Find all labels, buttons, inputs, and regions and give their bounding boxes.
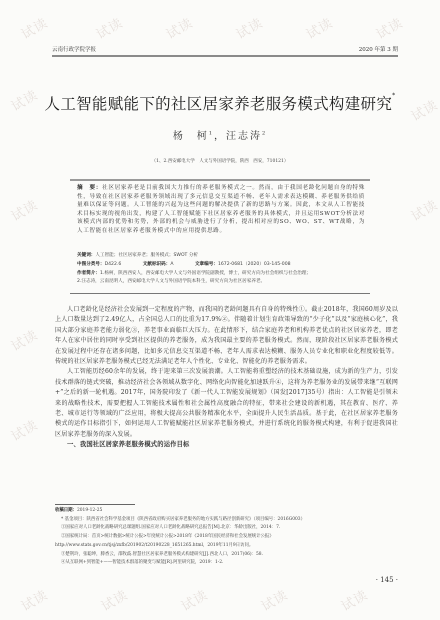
footnotes: 收稿日期：2019-12-25 * 基金项目：陕西省社会科学基金项目《陕西省政府… xyxy=(55,507,398,568)
received-date: 2019-12-25 xyxy=(77,508,102,513)
footnote-1: ①国家应对人口老龄化战略研究总课题组.国家应对人口老龄化战略研究总报告[M].北… xyxy=(55,524,398,533)
doc-code: A xyxy=(170,262,173,267)
article-title-text: 人工智能赋能下的社区居家养老服务模式构建研究 xyxy=(45,95,393,113)
clc-number: D422.6 xyxy=(105,262,122,267)
article-number: 1672-0681（2020）03-145-008 xyxy=(218,262,291,267)
abstract: 摘 要：社区居家养老是目前我国大力推行的养老服务模式之一。然而，由于我国老龄化问… xyxy=(77,184,365,236)
running-head: 云南行政学院学报 2020 年第 3 期 xyxy=(52,45,398,53)
body-text: 人口老龄化是经济社会发展到一定程度的产物，而我国的老龄问题具有自身的特殊性①。截… xyxy=(55,305,398,451)
journal-name: 云南行政学院学报 xyxy=(52,45,96,53)
article-meta: 关键词：人工智能；社区居家养老；服务模式；SWOT 分析 中图分类号：D422.… xyxy=(77,252,370,287)
abstract-rule-bottom xyxy=(70,293,370,294)
authors: 杨 柯1，汪志涛2 xyxy=(0,127,440,142)
footnote-2: ②国家统计局：首页>统计数据>统计公报>年度统计公报>2018年《2018年国民… xyxy=(55,533,398,550)
fund-note: * 基金项目：陕西省社会科学基金项目《陕西省政府购买居家养老服务的地方实践与路径… xyxy=(55,516,398,525)
doc-code-label: 文献标识码： xyxy=(143,262,171,267)
author-bio-row-2: 2.汪志涛，云南昆明人，西安邮电大学人文与外国语学院本科生，研究方向为社区居家养… xyxy=(77,278,370,287)
bio-label: 作者简介： xyxy=(77,271,100,276)
author-1: 杨 柯 xyxy=(173,131,209,142)
author-2-sup: 2 xyxy=(262,131,267,137)
received-date-row: 收稿日期：2019-12-25 xyxy=(55,507,398,516)
issue-label: 2020 年第 3 期 xyxy=(359,45,398,53)
classification-row: 中图分类号：D422.6 文献标识码：A 文章编号：1672-0681（2020… xyxy=(77,261,370,270)
paragraph-1: 人口老龄化是经济社会发展到一定程度的产物，而我国的老龄问题具有自身的特殊性①。截… xyxy=(55,305,398,367)
abstract-text: 社区居家养老是目前我国大力推行的养老服务模式之一。然而，由于我国老龄化问题自身的… xyxy=(77,185,365,234)
author-2: 汪志涛 xyxy=(226,131,262,142)
paper-page: 云南行政学院学报 2020 年第 3 期 人工智能赋能下的社区居家养老服务模式构… xyxy=(0,0,440,620)
header-rule xyxy=(52,55,398,57)
keywords: 人工智能；社区居家养老；服务模式；SWOT 分析 xyxy=(95,253,198,258)
clc-label: 中图分类号： xyxy=(77,262,105,267)
abstract-label: 摘 要： xyxy=(77,185,102,191)
keywords-label: 关键词： xyxy=(77,253,95,258)
keywords-row: 关键词：人工智能；社区居家养老；服务模式；SWOT 分析 xyxy=(77,252,370,261)
bio-1: 1.杨柯，陕西西安人，西安邮电大学人文与外国语学院副教授，博士，研究方向为社会组… xyxy=(100,271,311,276)
section-heading-1: 一、我国社区居家养老服务模式的运作目标 xyxy=(55,440,398,450)
title-footnote-mark: * xyxy=(392,92,395,99)
footnote-3: ③楚荆玲，张聪坤，滕香云，邵牧歧.智慧社区居家养老服务模式构建研究[J].西北人… xyxy=(55,551,398,560)
paragraph-2: 人工智能历经60余年的发展，终于迎来第三次发展浪潮。人工智能将重塑经济的技术基础… xyxy=(55,367,398,440)
article-no-label: 文章编号： xyxy=(195,262,218,267)
abstract-rule-top xyxy=(70,179,370,181)
article-title: 人工智能赋能下的社区居家养老服务模式构建研究* xyxy=(0,92,440,114)
received-label: 收稿日期： xyxy=(55,508,77,513)
bio-2: 2.汪志涛，云南昆明人，西安邮电大学人文与外国语学院本科生，研究方向为社区居家养… xyxy=(77,279,265,284)
author-bio-row: 作者简介：1.杨柯，陕西西安人，西安邮电大学人文与外国语学院副教授，博士，研究方… xyxy=(77,270,370,279)
page-number: · 145 · xyxy=(376,576,398,584)
affiliation: （1、2.西安邮电大学 人文与外国语学院，陕西 西安，710121） xyxy=(0,158,440,164)
footnote-rule xyxy=(55,504,135,505)
author-separator: ， xyxy=(214,131,226,142)
footnote-4: ④从互联网+到智能+——智能技术群落的聚变与赋能[R].阿里研究院，2019：1… xyxy=(55,559,398,568)
